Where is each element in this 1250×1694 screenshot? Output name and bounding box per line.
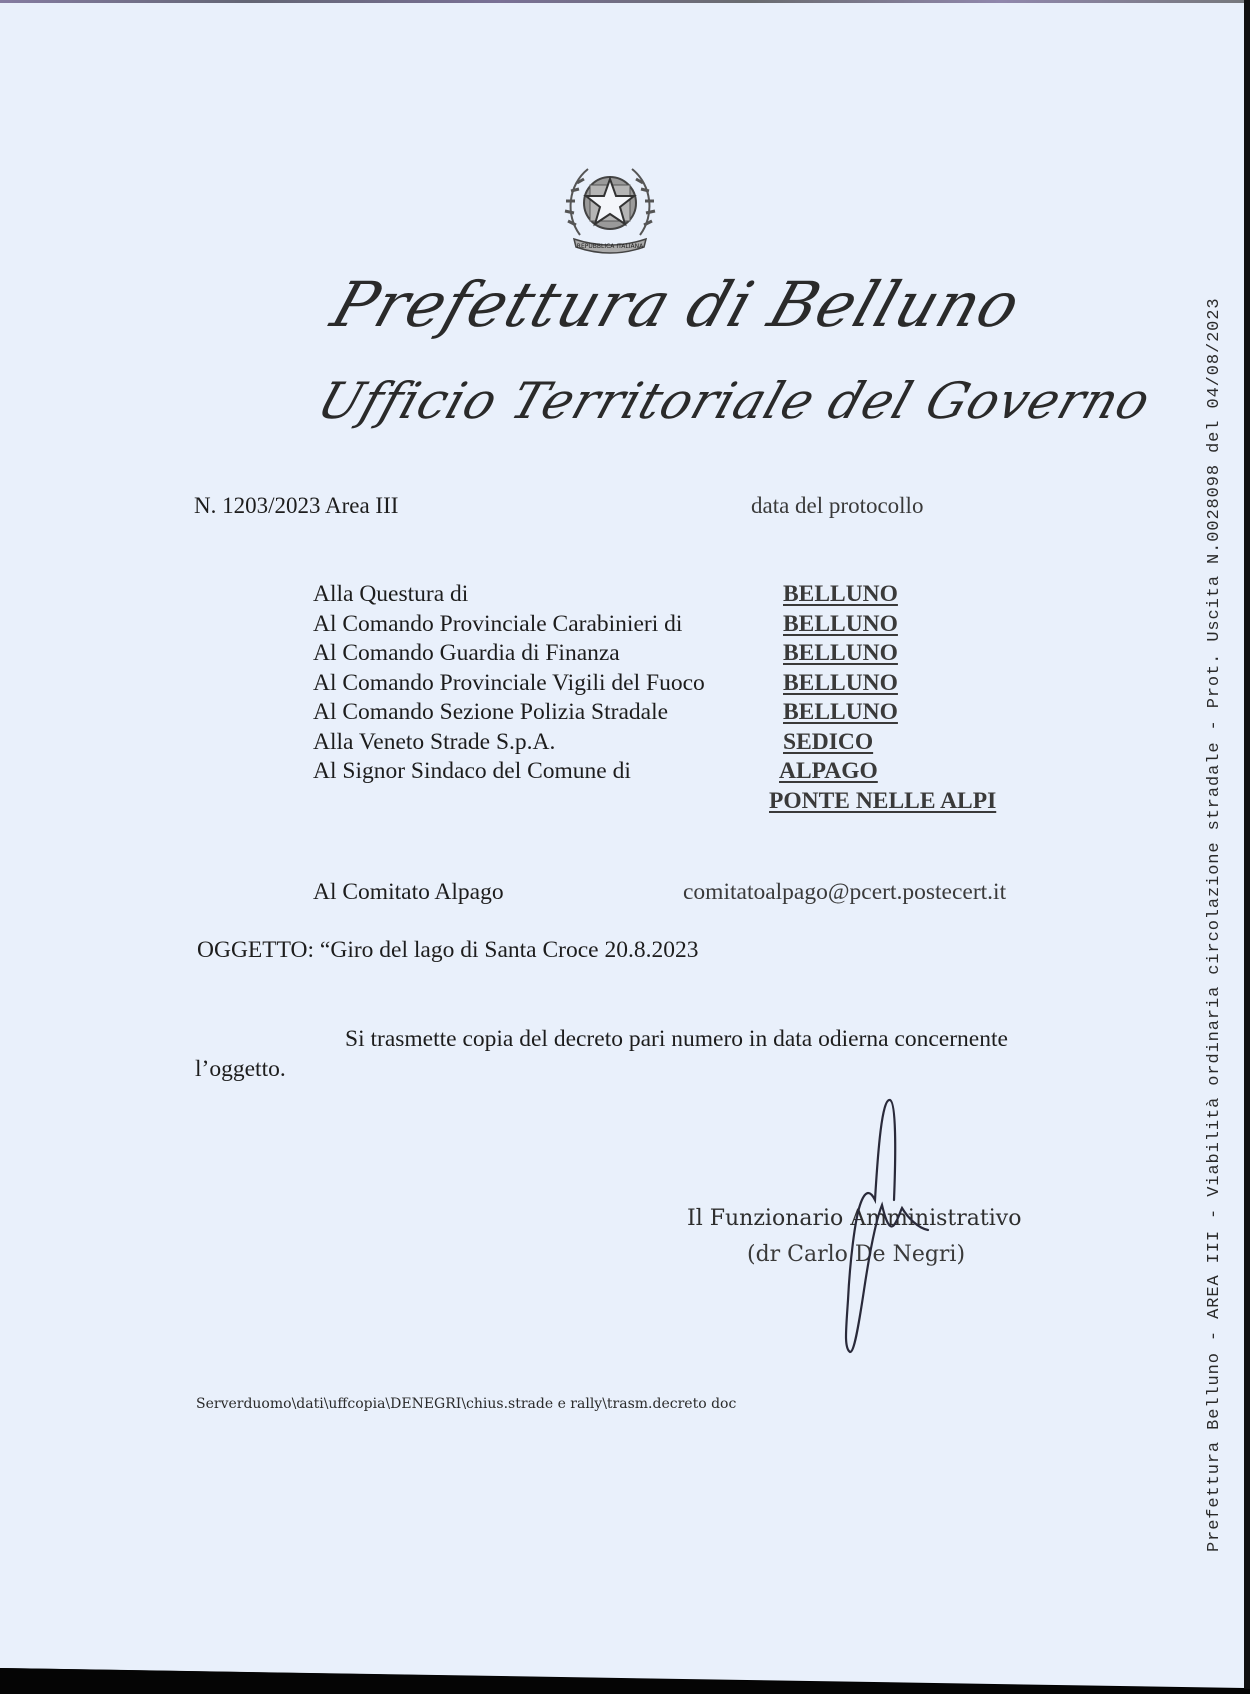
office-subtitle: Ufficio Territoriale del Governo	[311, 372, 1159, 430]
protocol-number: N. 1203/2023 Area III	[194, 493, 398, 519]
recipient-city: BELLUNO	[783, 639, 898, 669]
handwritten-signature-icon	[820, 1090, 940, 1370]
recipient-label: Al Comando Sezione Polizia Stradale	[313, 698, 668, 728]
recipient-city: BELLUNO	[783, 610, 898, 640]
recipient-city: BELLUNO	[783, 580, 898, 610]
comitato-label: Al Comitato Alpago	[313, 879, 504, 906]
document-page: REPUBBLICA ITALIANA Prefettura di Bellun…	[0, 0, 1244, 1694]
protocol-stamp: Prefettura Belluno - AREA III - Viabilit…	[1205, 298, 1224, 1553]
recipient-label: Al Comando Provinciale Vigili del Fuoco	[313, 669, 705, 699]
recipient-city: SEDICO	[783, 728, 873, 758]
body-text-line: Si trasmette copia del decreto pari nume…	[345, 1026, 1008, 1053]
svg-text:REPUBBLICA ITALIANA: REPUBBLICA ITALIANA	[577, 243, 644, 250]
comitato-email: comitatoalpago@pcert.postecert.it	[683, 879, 1006, 906]
protocol-date-label: data del protocollo	[751, 493, 923, 519]
scan-border-right	[1244, 0, 1250, 1694]
scan-edge-noise	[0, 0, 1250, 3]
office-title: Prefettura di Belluno	[323, 268, 1030, 341]
body-text-line: l’oggetto.	[195, 1056, 286, 1083]
recipient-city: BELLUNO	[783, 698, 898, 728]
file-path-footer: Serverduomo\dati\uffcopia\DENEGRI\chius.…	[196, 1396, 736, 1412]
recipient-city: ALPAGO	[779, 757, 878, 787]
recipient-label: Al Comando Provinciale Carabinieri di	[313, 610, 682, 640]
italian-republic-emblem-icon: REPUBBLICA ITALIANA	[560, 155, 660, 260]
recipient-label: Alla Questura di	[313, 580, 468, 610]
subject-line: OGGETTO: “Giro del lago di Santa Croce 2…	[197, 937, 698, 964]
recipient-city: BELLUNO	[783, 669, 898, 699]
recipient-city: PONTE NELLE ALPI	[769, 787, 996, 817]
recipient-label: Alla Veneto Strade S.p.A.	[313, 728, 555, 758]
recipient-label: Al Signor Sindaco del Comune di	[313, 757, 631, 787]
recipient-label: Al Comando Guardia di Finanza	[313, 639, 620, 669]
